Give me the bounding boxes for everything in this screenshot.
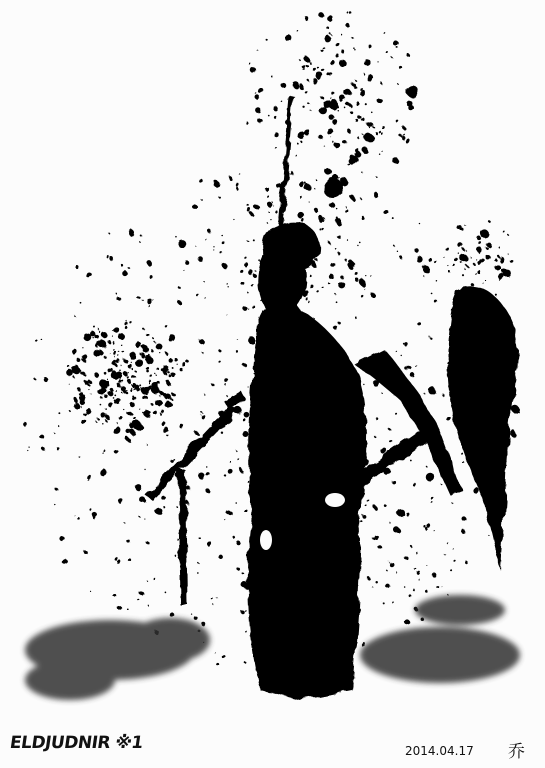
- date-signature: 2014.04.17: [405, 744, 474, 758]
- microphone-stand: [145, 405, 238, 500]
- title-signature: ELDJUDNIR ※1: [9, 733, 145, 753]
- artist-mark: 乔: [508, 737, 525, 762]
- shadow-figure: [448, 287, 518, 570]
- ink-artwork: ELDJUDNIR ※1 2014.04.17 乔: [0, 0, 545, 768]
- performer-figure: [248, 300, 367, 700]
- ink-painting: [0, 0, 545, 768]
